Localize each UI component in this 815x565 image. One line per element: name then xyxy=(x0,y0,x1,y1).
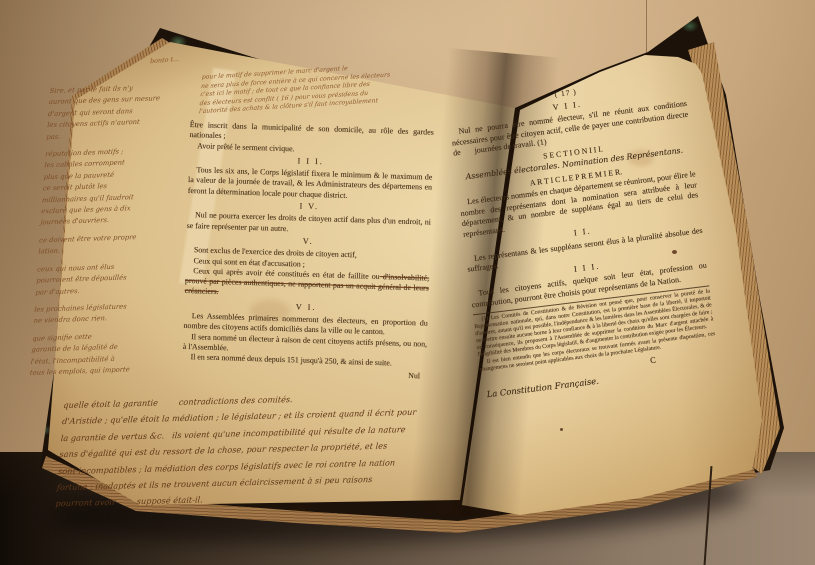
paragraph: Ceux qui après avoir été constitués en é… xyxy=(184,266,429,305)
bottom-handwritten-annotations: quelle étoit la garantie contradictions … xyxy=(55,381,674,512)
marginalia-column: Sire, et par le fait ils n'yauront que d… xyxy=(29,81,191,379)
left-page-printed-text: Être inscrit dans la municipalité de son… xyxy=(182,120,434,381)
paragraph: Tous les six ans, le Corps législatif fi… xyxy=(188,165,433,204)
right-page-printed-text: ( 17 ) V I I. Nul ne pourra être nommé é… xyxy=(447,74,720,401)
photo-of-open-book: { "palette": { "wall": "#c5a37a", "table… xyxy=(0,0,815,565)
